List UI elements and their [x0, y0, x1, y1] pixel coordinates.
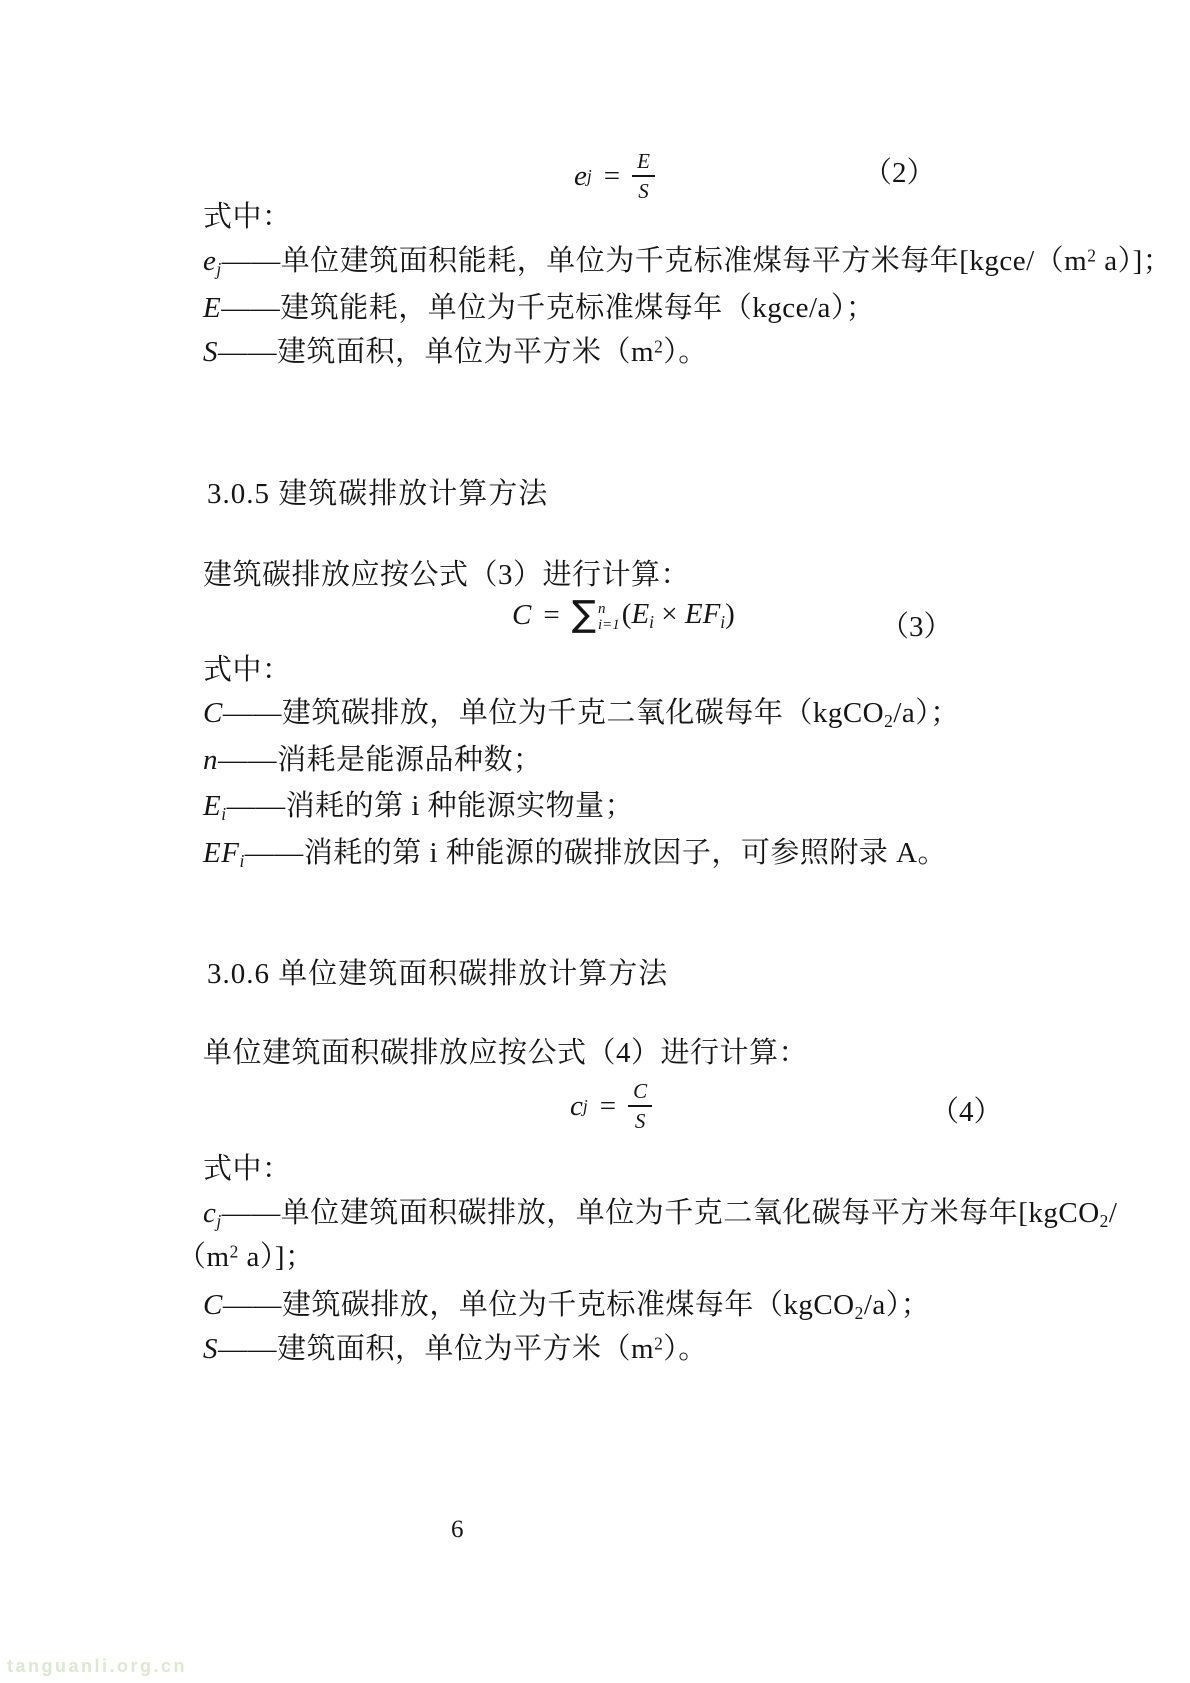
equation-number-2: （2） [863, 150, 936, 191]
definition-S2: S——建筑面积，单位为平方米（m2）。 [203, 1332, 708, 1367]
equals-sign: = [604, 160, 620, 193]
text-segment: 2 [884, 711, 893, 731]
text-segment: 2 [654, 1333, 663, 1353]
text-segment: ——消耗的第 i 种能源实物量； [227, 790, 635, 822]
lead-paragraph-3-0-5: 建筑碳排放应按公式（3）进行计算： [203, 558, 690, 593]
summation-upper-limit: n [598, 601, 606, 618]
text-segment: ）。 [663, 336, 708, 368]
text-segment: EF [203, 837, 239, 869]
definition-ej: ej——单位建筑面积能耗，单位为千克标准煤每平方米每年[kgce/（m2 a）]… [203, 244, 1172, 280]
text-segment: （m [177, 1241, 230, 1273]
text-segment: S [203, 1333, 218, 1365]
text-segment: ）。 [663, 1333, 708, 1365]
equation-number-4: （4） [930, 1089, 1003, 1130]
where-label-2: 式中： [203, 653, 292, 688]
where-label-1: 式中： [203, 200, 292, 235]
text-segment: E [203, 790, 221, 822]
lead-paragraph-3-0-6: 单位建筑面积碳排放应按公式（4）进行计算： [203, 1036, 808, 1071]
formula-3-body: (Ei × EFi) [622, 598, 735, 633]
text-segment: ——建筑面积，单位为平方米（m [218, 1333, 654, 1365]
formula-3-variable: C [512, 599, 531, 632]
formula-2-variable: e [574, 160, 587, 193]
definition-cj-line2: （m2 a）]； [177, 1240, 315, 1275]
text-segment: c [203, 1197, 216, 1229]
fraction: C S [628, 1078, 652, 1135]
text-segment: / [1109, 1197, 1118, 1229]
section-heading-3-0-5: 3.0.5 建筑碳排放计算方法 [207, 477, 548, 512]
summation-lower-limit: i=1 [598, 617, 620, 634]
text-segment: 2 [1100, 1211, 1109, 1231]
text-segment: /a）； [893, 697, 959, 729]
text-segment: ——单位建筑面积能耗，单位为千克标准煤每平方米每年[kgce/（m [222, 245, 1088, 277]
text-segment: ( [622, 598, 632, 630]
fraction: E S [632, 148, 655, 205]
definition-C2: C——建筑碳排放，单位为千克标准煤每年（kgCO2/a）； [203, 1288, 930, 1324]
text-segment: 2 [654, 336, 663, 356]
text-segment: S [203, 336, 218, 368]
definition-E: E——建筑能耗，单位为千克标准煤每年（kgce/a）； [203, 291, 875, 326]
formula-2-variable-subscript: j [587, 166, 592, 187]
where-label-3: 式中： [203, 1152, 292, 1187]
formula-4: cj = C S [570, 1078, 652, 1135]
text-segment: EF [685, 598, 720, 630]
definition-Ei: Ei——消耗的第 i 种能源实物量； [203, 789, 634, 825]
text-segment: C [203, 697, 223, 729]
page-number: 6 [451, 1516, 464, 1544]
text-segment: ——消耗是能源品种数； [218, 744, 543, 776]
text-segment: ——建筑碳排放，单位为千克二氧化碳每年（kgCO [223, 697, 884, 729]
text-segment: ——消耗的第 i 种能源的碳排放因子，可参照附录 A。 [245, 837, 947, 869]
definition-S: S——建筑面积，单位为平方米（m2）。 [203, 335, 708, 370]
text-segment: a）]； [239, 1241, 315, 1273]
fraction-numerator: C [628, 1078, 652, 1107]
formula-3: C = ∑ n i=1 (Ei × EFi) [512, 597, 735, 633]
formula-2: ej = E S [574, 148, 655, 205]
section-heading-3-0-6: 3.0.6 单位建筑面积碳排放计算方法 [207, 957, 668, 992]
fraction-numerator: E [632, 148, 655, 177]
text-segment: E [631, 598, 649, 630]
text-segment: 2 [230, 1241, 239, 1261]
summation-limits: n i=1 [598, 601, 620, 634]
text-segment: E [203, 292, 221, 324]
text-segment: 2 [855, 1303, 864, 1323]
text-segment: ——建筑面积，单位为平方米（m [218, 336, 654, 368]
fraction-denominator: S [635, 1107, 646, 1134]
watermark: tanguanli.org.cn [7, 1656, 187, 1677]
text-segment: ——单位建筑面积碳排放，单位为千克二氧化碳每平方米每年[kgCO [222, 1197, 1100, 1229]
formula-4-variable: c [570, 1090, 583, 1123]
text-segment: /a）； [864, 1289, 930, 1321]
definition-EFi: EFi——消耗的第 i 种能源的碳排放因子，可参照附录 A。 [203, 836, 947, 872]
text-segment: × [654, 598, 685, 630]
equals-sign: = [543, 599, 559, 632]
definition-n: n——消耗是能源品种数； [203, 743, 543, 778]
summation-symbol: ∑ [572, 597, 596, 633]
text-segment: a）]； [1096, 245, 1172, 277]
equals-sign: = [600, 1090, 616, 1123]
equation-number-3: （3） [880, 604, 953, 645]
formula-4-variable-subscript: j [583, 1096, 588, 1117]
text-segment: n [203, 744, 218, 776]
fraction-denominator: S [638, 177, 649, 204]
text-segment: e [203, 245, 216, 277]
definition-cj-line1: cj——单位建筑面积碳排放，单位为千克二氧化碳每平方米每年[kgCO2/ [203, 1196, 1117, 1232]
text-segment: ) [725, 598, 735, 630]
definition-C: C——建筑碳排放，单位为千克二氧化碳每年（kgCO2/a）； [203, 696, 960, 732]
text-segment: C [203, 1289, 223, 1321]
text-segment: ——建筑碳排放，单位为千克标准煤每年（kgCO [223, 1289, 855, 1321]
document-page: ej = E S （2） 式中： ej——单位建筑面积能耗，单位为千克标准煤每平… [0, 0, 1190, 1683]
text-segment: ——建筑能耗，单位为千克标准煤每年（kgce/a）； [221, 292, 875, 324]
